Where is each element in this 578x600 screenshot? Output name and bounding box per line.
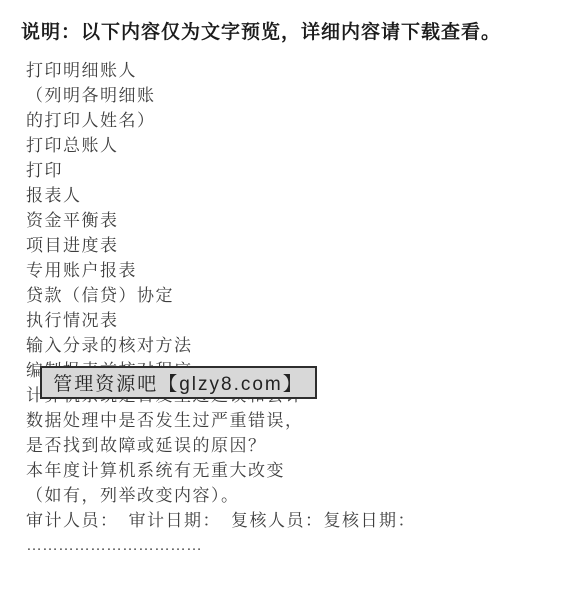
preview-text-block: 打印明细账人 （列明各明细账 的打印人姓名） 打印总账人 打印 报表人 资金平衡…: [26, 58, 566, 558]
preview-line: 的打印人姓名）: [26, 108, 566, 133]
watermark-text: 管理资源吧【glzy8.com】: [53, 369, 304, 396]
preview-line-signatures: 审计人员： 审计日期： 复核人员：复核日期：: [26, 508, 566, 533]
ellipsis-line: ……………………………: [26, 533, 566, 558]
preview-line: 贷款（信贷）协定: [26, 283, 566, 308]
preview-line: 数据处理中是否发生过严重错误，: [26, 408, 566, 433]
preview-line: 本年度计算机系统有无重大改变: [26, 458, 566, 483]
preview-line: （如有，列举改变内容）。: [26, 483, 566, 508]
preview-line: 输入分录的核对方法: [26, 333, 566, 358]
preview-line: 专用账户报表: [26, 258, 566, 283]
preview-notice-heading: 说明：以下内容仅为文字预览，详细内容请下载查看。: [21, 17, 501, 44]
preview-line: 是否找到故障或延误的原因？: [26, 433, 566, 458]
preview-line: 打印总账人: [26, 133, 566, 158]
preview-line: 执行情况表: [26, 308, 566, 333]
preview-line: 打印明细账人: [26, 58, 566, 83]
preview-line: （列明各明细账: [26, 83, 566, 108]
preview-line: 资金平衡表: [26, 208, 566, 233]
watermark-badge: 管理资源吧【glzy8.com】: [40, 366, 317, 399]
document-preview-page: 说明：以下内容仅为文字预览，详细内容请下载查看。 打印明细账人 （列明各明细账 …: [0, 0, 578, 600]
preview-line: 打印: [26, 158, 566, 183]
preview-line: 报表人: [26, 183, 566, 208]
preview-line: 项目进度表: [26, 233, 566, 258]
